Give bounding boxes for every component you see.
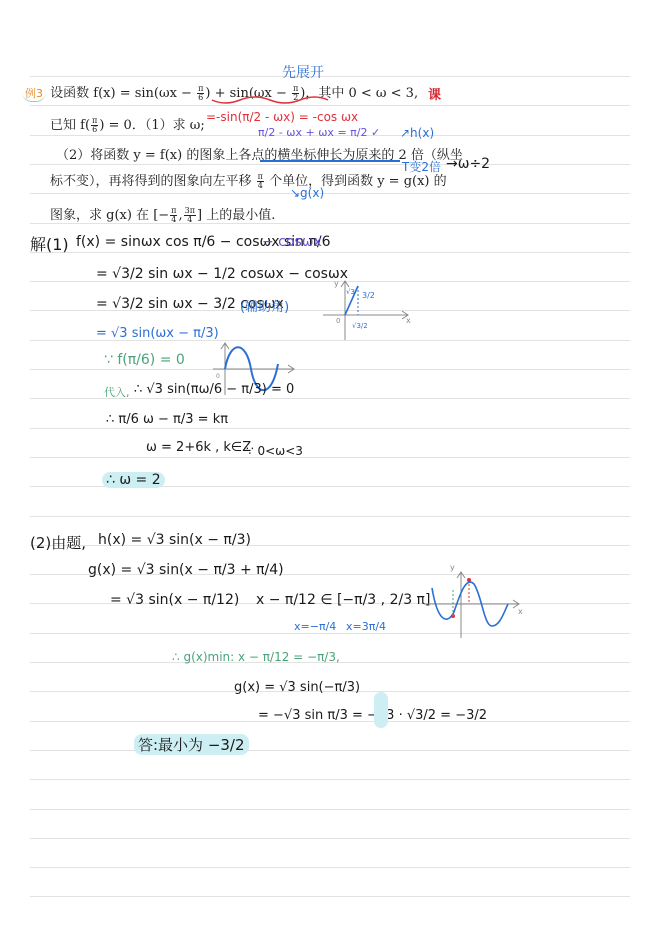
problem-line-4: 标不变），再将得到的图象向左平移 π4 个单位，得到函数 y = g(x) 的 xyxy=(50,170,447,190)
ruled-line xyxy=(30,369,630,370)
solution-line: ω = 2+6k , k∈Z xyxy=(146,440,251,455)
solution-line: = −√3 sin π/3 = −√3 · √3/2 = −3/2 xyxy=(258,708,487,723)
fraction: π4 xyxy=(257,173,264,190)
ruled-line xyxy=(30,633,630,634)
svg-text:x: x xyxy=(406,316,411,325)
problem-line-2: 已知 f(π6) = 0．（1）求 ω; xyxy=(50,114,205,134)
aux-angle-note: (辅助角) xyxy=(240,296,289,315)
svg-text:y: y xyxy=(450,563,455,572)
solution-line: ∵ 0<ω<3 xyxy=(246,444,303,458)
svg-text:3/2: 3/2 xyxy=(362,291,375,300)
triangle-sketch: 0 x y √3 3/2 √3/2 xyxy=(318,278,413,343)
blue-underline xyxy=(260,160,400,162)
stretch-note: T变2倍 xyxy=(402,158,441,175)
svg-text:√3/2: √3/2 xyxy=(352,322,368,330)
omega-result: ∴ ω = 2 xyxy=(102,472,165,488)
solution-line: x − π/12 ∈ [−π/3 , 2/3 π] xyxy=(256,592,430,608)
ruled-line xyxy=(30,809,630,810)
ruled-line xyxy=(30,750,630,751)
answer-highlight xyxy=(374,692,388,728)
example-badge: 例3 xyxy=(22,85,46,102)
solution-line: = √3/2 sin ωx − 1/2 cosωx − cosωx xyxy=(96,266,348,282)
solution-line: = √3 sin(ωx − π/3) xyxy=(96,326,219,341)
red-tag: 课 xyxy=(428,84,441,103)
solution-2-label: (2)由题, xyxy=(30,532,86,553)
solution-line: h(x) = √3 sin(x − π/3) xyxy=(98,532,251,548)
red-note-1: =-sin(π/2 - ωx) = -cos ωx xyxy=(206,110,358,124)
gx-label: ↘g(x) xyxy=(290,186,324,200)
ruled-line xyxy=(30,76,630,77)
svg-text:√3: √3 xyxy=(346,288,355,296)
ruled-line xyxy=(30,457,630,458)
svg-text:0: 0 xyxy=(336,317,340,325)
ruled-line xyxy=(30,516,630,517)
red-wavy-underline xyxy=(210,96,330,106)
purple-tail: − cosωx xyxy=(262,234,322,250)
ruled-line xyxy=(30,105,630,106)
fraction: 3π4 xyxy=(184,207,196,224)
svg-text:y: y xyxy=(334,279,339,288)
fraction: π6 xyxy=(91,117,98,134)
bound-left: x=−π/4 xyxy=(294,620,336,633)
ruled-line xyxy=(30,428,630,429)
problem-text: 设函数 f(x) = sin(ωx − xyxy=(50,86,196,101)
expand-first-note: 先展开 xyxy=(282,62,324,82)
solution-line: = √3 sin(x − π/12) xyxy=(110,592,239,608)
solution-line: ∵ f(π/6) = 0 xyxy=(104,352,185,368)
solution-line: ∴ g(x)min: x − π/12 = −π/3, xyxy=(172,650,340,664)
solution-line: ∴ √3 sin(πω/6 − π/3) = 0 xyxy=(134,382,294,397)
stretch-result: →ω÷2 xyxy=(446,156,490,172)
ruled-line xyxy=(30,838,630,839)
ruled-line xyxy=(30,896,630,897)
fraction: π4 xyxy=(170,207,177,224)
svg-text:x: x xyxy=(518,607,523,616)
ruled-line xyxy=(30,193,630,194)
ruled-line xyxy=(30,252,630,253)
bound-right: x=3π/4 xyxy=(346,620,386,633)
ruled-line xyxy=(30,779,630,780)
ruled-line xyxy=(30,867,630,868)
ruled-line xyxy=(30,164,630,165)
solution-line: ∴ π/6 ω − π/3 = kπ xyxy=(106,412,228,427)
substitute-label: 代入, xyxy=(104,384,130,400)
fraction: π6 xyxy=(197,85,204,102)
wave-sketch: y x xyxy=(424,570,524,640)
svg-text:0: 0 xyxy=(216,373,220,380)
red-note-2: π/2 - ωx + ωx = π/2 ✓ xyxy=(258,126,380,139)
solution-line: g(x) = √3 sin(x − π/3 + π/4) xyxy=(88,562,284,578)
final-answer: 答:最小为 −3/2 xyxy=(134,734,249,755)
problem-line-5: 图象，求 g(x) 在 [−π4,3π4] 上的最小值. xyxy=(50,204,275,224)
hx-label: ↗h(x) xyxy=(400,126,434,140)
solution-line: g(x) = √3 sin(−π/3) xyxy=(234,680,360,695)
solution-1-label: 解(1) xyxy=(30,232,69,255)
